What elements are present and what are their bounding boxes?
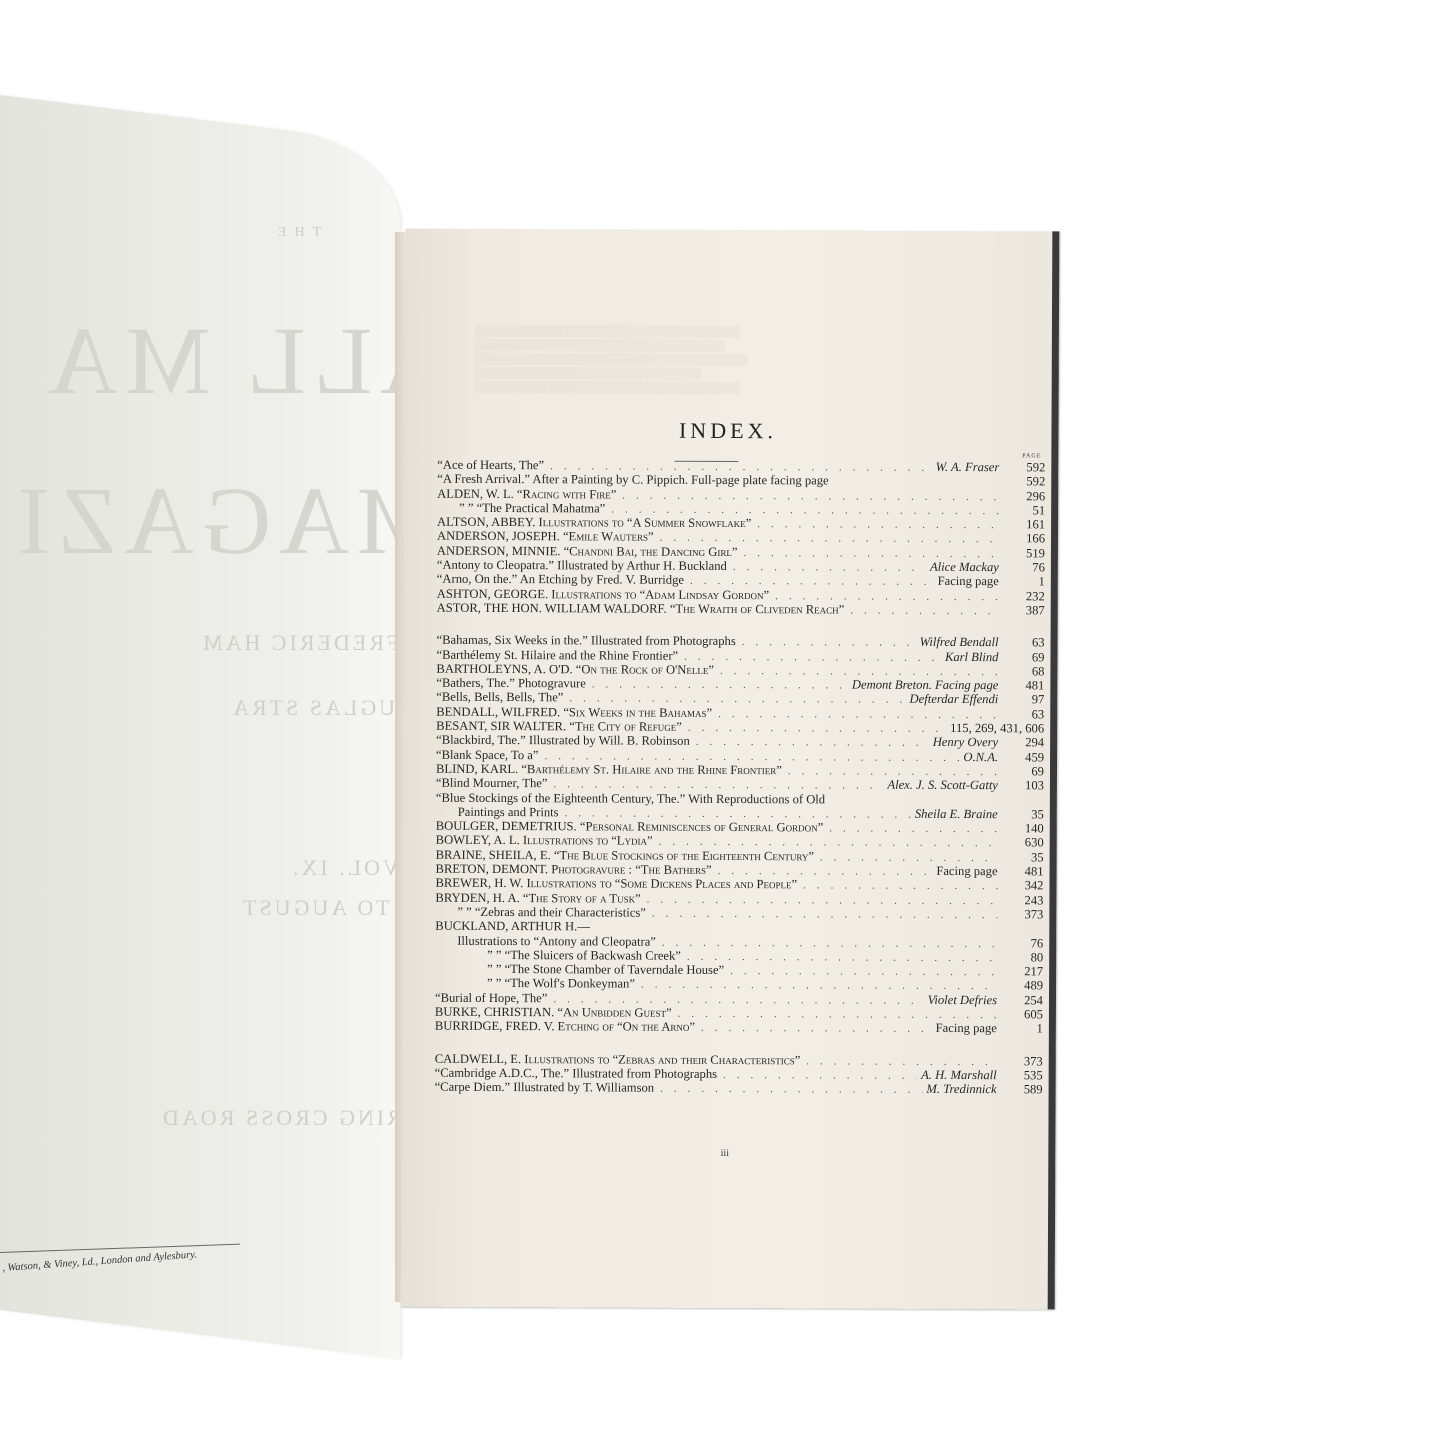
leader-dots: ........................................: [678, 649, 941, 664]
index-entry: ASTOR, THE HON. WILLIAM WALDORF. “The Wr…: [437, 601, 1049, 618]
leader-dots: ........................................: [635, 978, 997, 994]
ghost-text-title-line2: MAGAZI: [10, 465, 442, 576]
leader-dots: ........................................: [727, 560, 926, 575]
index-entry: BURRIDGE, FRED. V. Etching of “On the Ar…: [435, 1019, 1047, 1036]
ghost-text-the: THE: [270, 225, 321, 241]
leader-dots: ........................................: [797, 879, 997, 894]
leader-dots: ........................................: [641, 892, 998, 908]
index-heading: INDEX.: [404, 417, 1051, 446]
printer-imprint: , Watson, & Viney, Ld., London and Ayles…: [2, 1249, 197, 1274]
leader-dots: ........................................: [800, 1054, 996, 1069]
right-page-index: ▒▒▒▒▒▒▒▒▒▒▒▒▒▒▒▒▒▒▒▒▒▒▒▒▒▒▒▒▒▒▒▒▒▒ ▒▒▒▒▒…: [401, 229, 1060, 1310]
leader-dots: ........................................: [751, 517, 999, 532]
leader-dots: ........................................: [682, 721, 944, 736]
left-page-content: THE PALL MA MAGAZI ED BY LORD FREDERIC H…: [0, 95, 400, 1310]
leader-dots: ........................................: [737, 546, 999, 561]
leader-dots: ........................................: [672, 1007, 997, 1023]
leader-dots: ........................................: [814, 850, 998, 865]
ghost-text-volume: VOL. IX.: [290, 855, 399, 881]
leader-dots: ........................................: [823, 822, 998, 837]
page-column-header: PAGE: [1022, 453, 1041, 459]
leader-dots: ........................................: [736, 635, 916, 650]
leader-dots: ........................................: [586, 678, 848, 693]
leader-dots: ........................................: [656, 935, 997, 951]
leader-dots: ........................................: [695, 1021, 932, 1036]
index-entry: “Carpe Diem.” Illustrated by T. Williams…: [435, 1080, 1047, 1097]
leader-dots: ........................................: [712, 707, 998, 723]
leader-dots: ........................................: [654, 1082, 922, 1097]
leader-dots: ........................................: [681, 950, 997, 966]
leader-dots: ........................................: [646, 907, 998, 923]
index-entries: “Ace of Hearts, The”....................…: [435, 458, 1050, 1097]
leader-dots: ........................................: [844, 603, 998, 618]
leader-dots: ........................................: [724, 964, 997, 979]
page-folio: iii: [401, 1147, 1048, 1161]
leader-dots: ........................................: [690, 735, 929, 750]
show-through-text: ▒▒▒▒▒▒▒▒▒▒▒▒▒▒▒▒▒▒▒▒▒▒▒▒▒▒▒▒▒▒▒▒▒▒ ▒▒▒▒▒…: [475, 324, 925, 396]
leader-dots: ........................................: [717, 1068, 917, 1083]
printer-rule: [0, 1244, 240, 1253]
